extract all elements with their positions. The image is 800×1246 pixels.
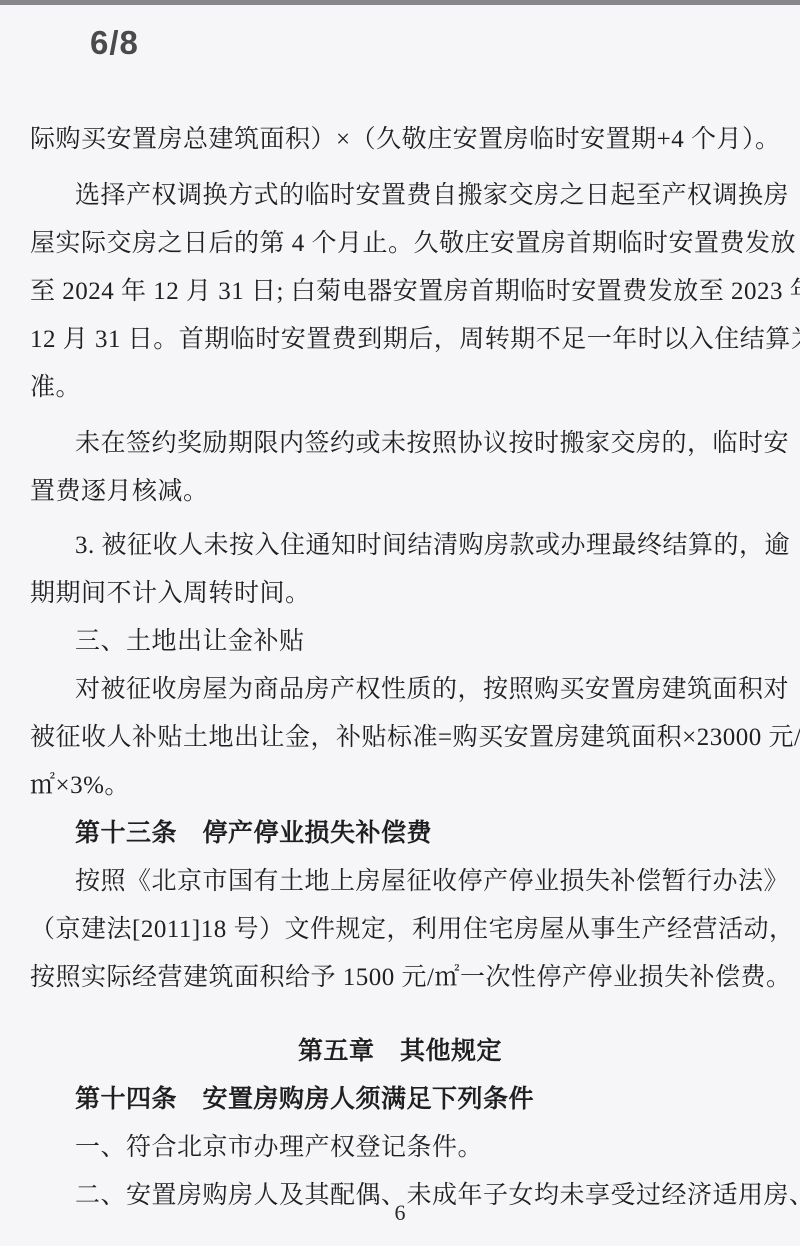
document-line: 按照《北京市国有土地上房屋征收停产停业损失补偿暂行办法》	[30, 858, 770, 906]
document-line: 第十三条 停产停业损失补偿费	[30, 810, 770, 858]
top-status-bar	[0, 0, 800, 5]
document-line: 至 2024 年 12 月 31 日; 白菊电器安置房首期临时安置费发放至 20…	[30, 268, 770, 316]
document-line: 三、土地出让金补贴	[30, 618, 770, 666]
document-line: 第五章 其他规定	[30, 1028, 770, 1076]
document-line: ㎡×3%。	[30, 762, 770, 810]
page-progress-indicator: 6/8	[90, 24, 139, 62]
document-line: （京建法[2011]18 号）文件规定，利用住宅房屋从事生产经营活动，	[30, 906, 770, 954]
document-line: 未在签约奖励期限内签约或未按照协议按时搬家交房的，临时安	[30, 420, 770, 468]
document-page: 际购买安置房总建筑面积）×（久敬庄安置房临时安置期+4 个月）。选择产权调换方式…	[0, 116, 800, 1220]
document-line: 际购买安置房总建筑面积）×（久敬庄安置房临时安置期+4 个月）。	[30, 116, 770, 164]
document-line: 屋实际交房之日后的第 4 个月止。久敬庄安置房首期临时安置费发放	[30, 220, 770, 268]
document-line: 选择产权调换方式的临时安置费自搬家交房之日起至产权调换房	[30, 172, 770, 220]
document-line: 第十四条 安置房购房人须满足下列条件	[30, 1076, 770, 1124]
page-number: 6	[0, 1200, 800, 1226]
document-line: 被征收人补贴土地出让金，补贴标准=购买安置房建筑面积×23000 元/	[30, 714, 770, 762]
document-line: 一、符合北京市办理产权登记条件。	[30, 1124, 770, 1172]
document-line: 期期间不计入周转时间。	[30, 570, 770, 618]
document-line: 对被征收房屋为商品房产权性质的，按照购买安置房建筑面积对	[30, 666, 770, 714]
document-line: 3. 被征收人未按入住通知时间结清购房款或办理最终结算的，逾	[30, 522, 770, 570]
document-line: 按照实际经营建筑面积给予 1500 元/㎡一次性停产停业损失补偿费。	[30, 954, 770, 1002]
document-line: 置费逐月核减。	[30, 468, 770, 516]
document-line: 12 月 31 日。首期临时安置费到期后，周转期不足一年时以入住结算为	[30, 316, 770, 364]
document-line: 准。	[30, 364, 770, 412]
